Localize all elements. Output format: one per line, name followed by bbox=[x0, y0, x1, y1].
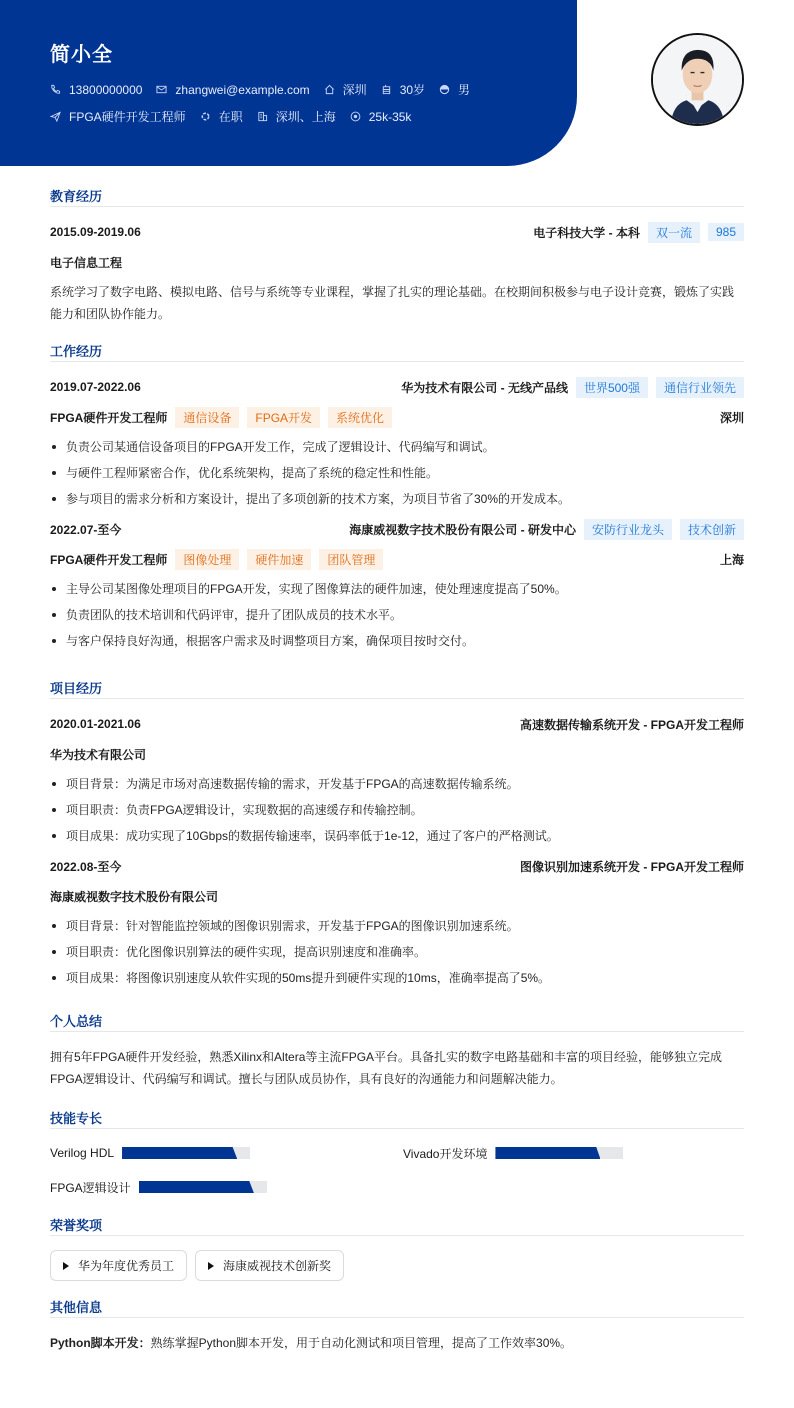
avatar-portrait bbox=[653, 35, 742, 124]
list-item: 项目职责：优化图像识别算法的硬件实现，提高识别速度和准确率。 bbox=[50, 941, 744, 967]
summary-text: 拥有5年FPGA硬件开发经验，熟悉Xilinx和Altera等主流FPGA平台。… bbox=[50, 1046, 744, 1090]
work-item: 2022.07-至今 海康威视数字技术股份有限公司 - 研发中心 安防行业龙头 … bbox=[50, 518, 744, 656]
age-text: 30岁 bbox=[400, 81, 425, 98]
list-item: 与客户保持良好沟通，根据客户需求及时调整项目方案，确保项目按时交付。 bbox=[50, 630, 744, 656]
section-title-education: 教育经历 bbox=[50, 186, 744, 207]
skill-name: Verilog HDL bbox=[50, 1146, 114, 1160]
work-company: 华为技术有限公司 - 无线产品线 bbox=[401, 379, 568, 396]
skill-item: FPGA逻辑设计 bbox=[50, 1177, 403, 1197]
skill-bar-fill bbox=[495, 1147, 600, 1159]
age-item: 30岁 bbox=[381, 81, 425, 98]
award-item[interactable]: 华为年度优秀员工 bbox=[50, 1250, 187, 1281]
skill-bar-fill bbox=[122, 1147, 237, 1159]
education-major: 电子信息工程 bbox=[50, 254, 122, 271]
work-company: 海康威视数字技术股份有限公司 - 研发中心 bbox=[349, 521, 576, 538]
list-item: 参与项目的需求分析和方案设计，提出了多项创新的技术方案，为项目节省了30%的开发… bbox=[50, 488, 744, 514]
section-title-summary: 个人总结 bbox=[50, 1011, 744, 1032]
role-tag: 系统优化 bbox=[328, 407, 392, 428]
skill-bar-fill bbox=[139, 1181, 254, 1193]
phone-item: 13800000000 bbox=[50, 83, 142, 97]
work-city: 上海 bbox=[720, 551, 744, 568]
list-item: 负责团队的技术培训和代码评审，提升了团队成员的技术水平。 bbox=[50, 604, 744, 630]
education-section: 教育经历 2015.09-2019.06 电子科技大学 - 本科 双一流 985… bbox=[50, 186, 744, 325]
list-item: 项目成果：将图像识别速度从软件实现的50ms提升到硬件实现的10ms，准确率提高… bbox=[50, 967, 744, 993]
skill-name: Vivado开发环境 bbox=[403, 1145, 487, 1162]
home-icon bbox=[324, 84, 335, 95]
list-item: 负责公司某通信设备项目的FPGA开发工作，完成了逻辑设计、代码编写和调试。 bbox=[50, 436, 744, 462]
award-label: 华为年度优秀员工 bbox=[78, 1257, 174, 1274]
skill-item: Vivado开发环境 bbox=[403, 1143, 744, 1163]
project-bullets: 项目背景：针对智能监控领域的图像识别需求，开发基于FPGA的图像识别加速系统。 … bbox=[50, 915, 744, 993]
education-date: 2015.09-2019.06 bbox=[50, 225, 141, 239]
list-item: 项目职责：负责FPGA逻辑设计，实现数据的高速缓存和传输控制。 bbox=[50, 799, 744, 825]
company-tag: 技术创新 bbox=[680, 519, 744, 540]
resume-body: 教育经历 2015.09-2019.06 电子科技大学 - 本科 双一流 985… bbox=[50, 186, 744, 1354]
project-company: 华为技术有限公司 bbox=[50, 746, 146, 763]
project-company-row: 海康威视数字技术股份有限公司 bbox=[50, 885, 744, 907]
school-tag: 985 bbox=[708, 223, 744, 241]
company-tag: 通信行业领先 bbox=[656, 377, 744, 398]
award-label: 海康威视技术创新奖 bbox=[223, 1257, 331, 1274]
other-item: Python脚本开发：熟练掌握Python脚本开发，用于自动化测试和项目管理，提… bbox=[50, 1332, 744, 1354]
gender-text: 男 bbox=[458, 81, 470, 98]
salary-icon bbox=[350, 111, 361, 122]
other-item-text: 熟练掌握Python脚本开发，用于自动化测试和项目管理，提高了工作效率30%。 bbox=[151, 1336, 572, 1350]
location-item: 深圳 bbox=[324, 81, 367, 98]
skill-bar bbox=[122, 1147, 250, 1159]
email-text: zhangwei@example.com bbox=[175, 83, 309, 97]
project-header-row: 2022.08-至今 图像识别加速系统开发 - FPGA开发工程师 bbox=[50, 855, 744, 877]
skill-bar bbox=[139, 1181, 267, 1193]
other-item-label: Python脚本开发： bbox=[50, 1336, 151, 1350]
work-item: 2019.07-2022.06 华为技术有限公司 - 无线产品线 世界500强 … bbox=[50, 376, 744, 514]
phone-icon bbox=[50, 84, 61, 95]
work-section: 工作经历 2019.07-2022.06 华为技术有限公司 - 无线产品线 世界… bbox=[50, 341, 744, 656]
skills-grid: Verilog HDL Vivado开发环境 FPGA逻辑设计 bbox=[50, 1143, 744, 1197]
position-item: FPGA硬件开发工程师 bbox=[50, 108, 186, 125]
work-bullets: 负责公司某通信设备项目的FPGA开发工作，完成了逻辑设计、代码编写和调试。 与硬… bbox=[50, 436, 744, 514]
role-tag: 硬件加速 bbox=[247, 549, 311, 570]
candidate-name: 简小全 bbox=[50, 38, 113, 67]
status-item: 在职 bbox=[200, 108, 243, 125]
school-tag: 双一流 bbox=[648, 222, 700, 243]
section-title-awards: 荣誉奖项 bbox=[50, 1215, 744, 1236]
role-tag: 通信设备 bbox=[175, 407, 239, 428]
triangle-right-icon bbox=[63, 1262, 69, 1270]
list-item: 项目背景：为满足市场对高速数据传输的需求，开发基于FPGA的高速数据传输系统。 bbox=[50, 773, 744, 799]
mail-icon bbox=[156, 84, 167, 95]
summary-section: 个人总结 拥有5年FPGA硬件开发经验，熟悉Xilinx和Altera等主流FP… bbox=[50, 1011, 744, 1090]
project-company-row: 华为技术有限公司 bbox=[50, 743, 744, 765]
project-name: 图像识别加速系统开发 - FPGA开发工程师 bbox=[520, 858, 744, 875]
section-title-skills: 技能专长 bbox=[50, 1108, 744, 1129]
project-date: 2022.08-至今 bbox=[50, 858, 121, 875]
project-name: 高速数据传输系统开发 - FPGA开发工程师 bbox=[520, 716, 744, 733]
project-date: 2020.01-2021.06 bbox=[50, 717, 141, 731]
list-item: 项目背景：针对智能监控领域的图像识别需求，开发基于FPGA的图像识别加速系统。 bbox=[50, 915, 744, 941]
award-item[interactable]: 海康威视技术创新奖 bbox=[195, 1250, 344, 1281]
awards-section: 荣誉奖项 华为年度优秀员工 海康威视技术创新奖 bbox=[50, 1215, 744, 1281]
education-major-row: 电子信息工程 bbox=[50, 251, 744, 273]
education-school: 电子科技大学 - 本科 bbox=[533, 224, 640, 241]
project-company: 海康威视数字技术股份有限公司 bbox=[50, 888, 218, 905]
skill-item: Verilog HDL bbox=[50, 1143, 403, 1163]
education-row: 2015.09-2019.06 电子科技大学 - 本科 双一流 985 bbox=[50, 221, 744, 243]
awards-list: 华为年度优秀员工 海康威视技术创新奖 bbox=[50, 1250, 744, 1281]
section-title-projects: 项目经历 bbox=[50, 678, 744, 699]
list-item: 主导公司某图像处理项目的FPGA开发，实现了图像算法的硬件加速，使处理速度提高了… bbox=[50, 578, 744, 604]
work-city-text: 深圳、上海 bbox=[276, 108, 336, 125]
work-header-row: 2022.07-至今 海康威视数字技术股份有限公司 - 研发中心 安防行业龙头 … bbox=[50, 518, 744, 540]
work-city: 深圳 bbox=[720, 409, 744, 426]
skills-section: 技能专长 Verilog HDL Vivado开发环境 FPGA逻辑设计 bbox=[50, 1108, 744, 1197]
skill-name: FPGA逻辑设计 bbox=[50, 1179, 131, 1196]
work-header-row: 2019.07-2022.06 华为技术有限公司 - 无线产品线 世界500强 … bbox=[50, 376, 744, 398]
project-header-row: 2020.01-2021.06 高速数据传输系统开发 - FPGA开发工程师 bbox=[50, 713, 744, 735]
role-tag: 图像处理 bbox=[175, 549, 239, 570]
list-item: 项目成果：成功实现了10Gbps的数据传输速率，误码率低于1e-12，通过了客户… bbox=[50, 825, 744, 851]
send-icon bbox=[50, 111, 61, 122]
calendar-icon bbox=[381, 84, 392, 95]
resume-header: 简小全 13800000000 zhangwei@example.com 深圳 … bbox=[0, 0, 577, 166]
other-section: 其他信息 Python脚本开发：熟练掌握Python脚本开发，用于自动化测试和项… bbox=[50, 1297, 744, 1354]
work-role-row: FPGA硬件开发工程师 图像处理 硬件加速 团队管理 上海 bbox=[50, 548, 744, 570]
contact-row: 13800000000 zhangwei@example.com 深圳 30岁 … bbox=[50, 81, 484, 98]
projects-section: 项目经历 2020.01-2021.06 高速数据传输系统开发 - FPGA开发… bbox=[50, 678, 744, 993]
project-bullets: 项目背景：为满足市场对高速数据传输的需求，开发基于FPGA的高速数据传输系统。 … bbox=[50, 773, 744, 851]
position-text: FPGA硬件开发工程师 bbox=[69, 108, 186, 125]
work-bullets: 主导公司某图像处理项目的FPGA开发，实现了图像算法的硬件加速，使处理速度提高了… bbox=[50, 578, 744, 656]
job-intent-row: FPGA硬件开发工程师 在职 深圳、上海 25k-35k bbox=[50, 108, 425, 125]
section-title-other: 其他信息 bbox=[50, 1297, 744, 1318]
work-role-row: FPGA硬件开发工程师 通信设备 FPGA开发 系统优化 深圳 bbox=[50, 406, 744, 428]
section-title-work: 工作经历 bbox=[50, 341, 744, 362]
work-role: FPGA硬件开发工程师 bbox=[50, 409, 167, 426]
education-description: 系统学习了数字电路、模拟电路、信号与系统等专业课程，掌握了扎实的理论基础。在校期… bbox=[50, 281, 744, 325]
skill-bar bbox=[495, 1147, 623, 1159]
role-tag: FPGA开发 bbox=[247, 407, 320, 428]
work-city-item: 深圳、上海 bbox=[257, 108, 336, 125]
role-tag: 团队管理 bbox=[319, 549, 383, 570]
gender-icon bbox=[439, 84, 450, 95]
building-icon bbox=[257, 111, 268, 122]
project-item: 2020.01-2021.06 高速数据传输系统开发 - FPGA开发工程师 华… bbox=[50, 713, 744, 851]
phone-text: 13800000000 bbox=[69, 83, 142, 97]
status-text: 在职 bbox=[219, 108, 243, 125]
work-date: 2022.07-至今 bbox=[50, 521, 121, 538]
project-item: 2022.08-至今 图像识别加速系统开发 - FPGA开发工程师 海康威视数字… bbox=[50, 855, 744, 993]
salary-text: 25k-35k bbox=[369, 110, 412, 124]
company-tag: 世界500强 bbox=[576, 377, 648, 398]
list-item: 与硬件工程师紧密合作，优化系统架构，提高了系统的稳定性和性能。 bbox=[50, 462, 744, 488]
location-text: 深圳 bbox=[343, 81, 367, 98]
gender-item: 男 bbox=[439, 81, 470, 98]
company-tag: 安防行业龙头 bbox=[584, 519, 672, 540]
email-item: zhangwei@example.com bbox=[156, 83, 309, 97]
avatar bbox=[651, 33, 744, 126]
salary-item: 25k-35k bbox=[350, 110, 412, 124]
status-icon bbox=[200, 111, 211, 122]
triangle-right-icon bbox=[208, 1262, 214, 1270]
work-date: 2019.07-2022.06 bbox=[50, 380, 141, 394]
work-role: FPGA硬件开发工程师 bbox=[50, 551, 167, 568]
